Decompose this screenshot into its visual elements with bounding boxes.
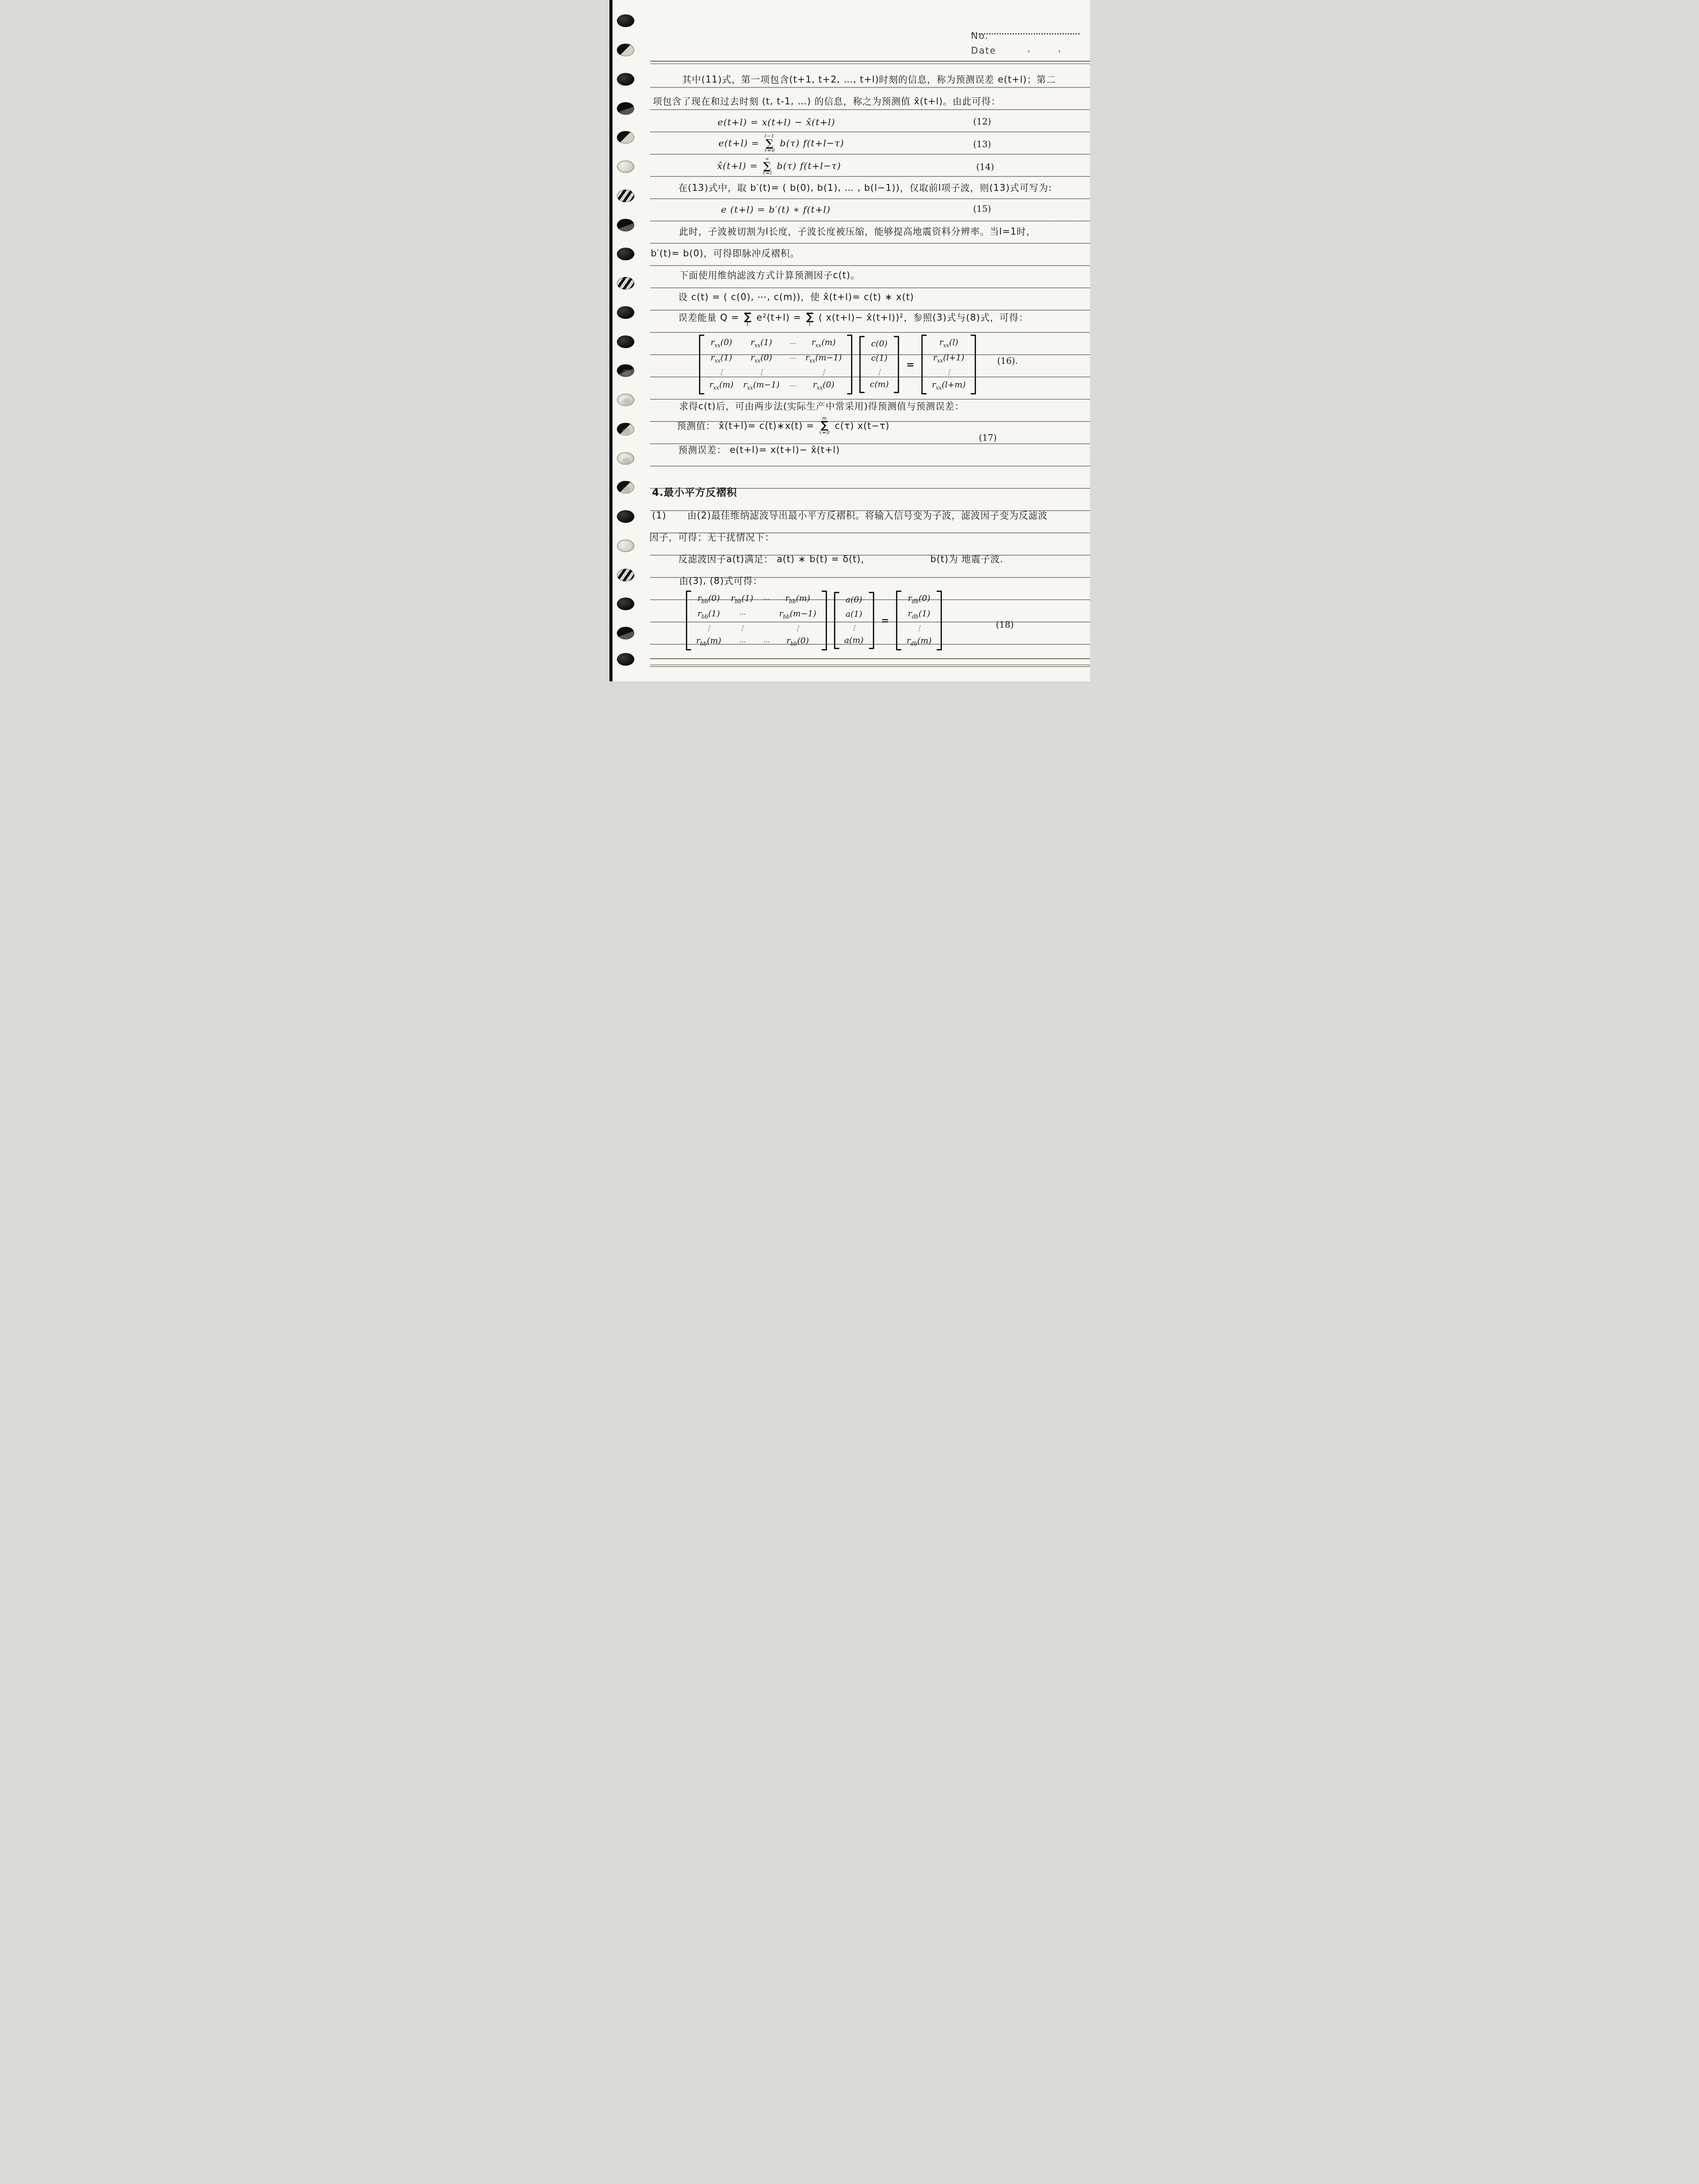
matrix-cell: rbb(1) <box>697 609 720 620</box>
paragraph-line: 项包含了现在和过去时刻 (t, t-1, …) 的信息，称之为预测值 x̂(t+… <box>653 94 1001 108</box>
matrix-cell: c(1) <box>871 353 888 364</box>
equation-17: 预测值： x̂(t+l)= c(t)∗x(t) = m∑τ=0 c(τ) x(t… <box>677 417 890 436</box>
matrix-cell: a(m) <box>844 636 864 646</box>
matrix-cell: ⋮ <box>820 368 827 377</box>
matrix-cell: rdb(m) <box>907 636 931 647</box>
equation-12-number: (12) <box>973 116 991 127</box>
margin-smudge <box>623 398 630 404</box>
matrix-cell: ⋮ <box>706 624 712 632</box>
paragraph-line: 预测误差： e(t+l)= x(t+l)− x̂(t+l) <box>678 443 840 457</box>
bracket-left <box>921 335 927 394</box>
matrix-cell: rxx(l+1) <box>933 353 965 364</box>
matrix-cell: ⋮ <box>916 624 922 632</box>
paragraph-line: 此时，子波被切割为l长度，子波长度被压缩，能够提高地震资料分辨率。当l=1时， <box>679 225 1036 238</box>
paragraph-line: (1)由(2)最佳维纳滤波导出最小平方反褶积。将输入信号变为子波，滤波因子变为反… <box>652 508 1048 522</box>
binding-hole-icon <box>617 569 634 581</box>
summation-symbol: m∑τ=0 <box>819 416 830 435</box>
no-dotted-line <box>971 33 1080 35</box>
bracket-left <box>686 591 691 650</box>
matrix-cell: a(0) <box>845 595 862 605</box>
ruled-line-bottom1 <box>650 658 1090 659</box>
matrix-cell: rbb(m) <box>785 594 810 605</box>
margin-smudge <box>623 458 630 464</box>
paragraph-line: b(t)为 地震子波. <box>931 552 1003 566</box>
summation-symbol: ∑t <box>744 308 752 327</box>
equation-16-matrix: rxx(0)rxx(1)⋯rxx(m)rxx(1)rxx(0)⋯rxx(m−1)… <box>699 335 976 394</box>
paragraph-line: 在(13)式中，取 b′(t)= ( b(0), b(1), … , b(l−1… <box>678 181 1052 195</box>
equation-15: e (t+l) = b′(t) ∗ f(t+l) <box>721 203 831 217</box>
paragraph-line: 求得c(t)后，可由两步法(实际生产中常采用)得预测值与预测误差： <box>679 399 965 413</box>
binding-hole-icon <box>617 653 634 666</box>
matrix-cell: ⋯ <box>739 610 745 619</box>
ruled-line-bottom2 <box>650 664 1090 665</box>
matrix-cell: rxx(0) <box>813 380 834 391</box>
matrix-cell: rbb(0) <box>786 636 809 647</box>
bracket-left <box>699 335 704 394</box>
matrix-cell: c(0) <box>871 339 888 349</box>
matrix-cell: ⋮ <box>739 624 745 632</box>
paragraph-line: b′(t)= b(0)，可得即脉冲反褶积。 <box>651 246 800 260</box>
margin-smudge <box>623 428 630 434</box>
matrix-cell: rxx(m−1) <box>743 380 780 391</box>
matrix-cell: rxx(l) <box>939 338 958 349</box>
equation-13-number: (13) <box>973 139 991 149</box>
matrix-cell: ⋯ <box>763 595 769 604</box>
date-separator-mark: ' <box>1028 49 1030 58</box>
date-separator-mark: ' <box>1059 49 1061 58</box>
matrix-cell: ⋯ <box>789 339 796 348</box>
paragraph-line: 其中(11)式，第一项包含(t+1, t+2, …, t+l)时刻的信息，称为预… <box>682 73 1056 86</box>
equation-12: e(t+l) = x(t+l) − x̂(t+l) <box>718 115 835 129</box>
margin-smudge <box>623 370 630 376</box>
binding-hole-icon <box>617 306 634 319</box>
binding-hole-icon <box>617 14 634 27</box>
matrix-cell: a(1) <box>845 609 862 620</box>
equation-18-number: (18) <box>996 619 1014 630</box>
paragraph-line: 设 c(t) = ( c(0), ⋯, c(m))，使 x̂(t+l)= c(t… <box>678 290 914 304</box>
matrix-cell: rbb(0) <box>697 594 720 605</box>
matrix-cell: ⋮ <box>945 368 952 377</box>
matrix: rdb(0)rdb(1)⋮rdb(m) <box>896 591 942 650</box>
matrix-cell: ⋮ <box>718 368 725 377</box>
binding-hole-icon <box>617 44 634 56</box>
matrix-cell: rbb(1) <box>731 594 753 605</box>
matrix-cell: ⋯ <box>789 382 796 390</box>
binding-hole-icon <box>617 131 634 144</box>
binding-hole-icon <box>617 510 634 523</box>
bracket-left <box>834 592 839 649</box>
matrix-cell: ⋮ <box>876 368 882 376</box>
bracket-right <box>937 591 942 650</box>
matrix-cell: rxx(1) <box>710 353 732 364</box>
matrix-cell: ⋯ <box>739 638 745 646</box>
matrix-cell: ⋮ <box>851 624 857 632</box>
binding-hole-icon <box>617 277 634 290</box>
matrix: c(0)c(1)⋮c(m) <box>859 336 899 393</box>
matrix-cell: rbb(m−1) <box>779 609 816 620</box>
equation-15-number: (15) <box>973 204 991 214</box>
equals-sign: = <box>881 615 889 626</box>
matrix-cell: rdb(0) <box>908 594 930 605</box>
binding-hole-icon <box>617 73 634 86</box>
scan-edge <box>609 0 612 681</box>
bracket-right <box>894 336 899 393</box>
binding-hole-icon <box>617 102 634 115</box>
summation-symbol: l−1∑τ=0 <box>764 134 775 153</box>
matrix: rxx(0)rxx(1)⋯rxx(m)rxx(1)rxx(0)⋯rxx(m−1)… <box>699 335 852 394</box>
equals-sign: = <box>906 359 914 370</box>
summation-symbol: ∑t <box>806 308 814 327</box>
matrix-cell: rxx(m) <box>811 338 835 349</box>
no-label: No. <box>971 31 989 41</box>
bracket-right <box>971 335 976 394</box>
equation-13: e(t+l) = l−1∑τ=0 b(τ) f(t+l−τ) <box>719 135 844 154</box>
equation-18-matrix: rbb(0)rbb(1)⋯rbb(m)rbb(1)⋯rbb(m−1)⋮⋮⋮rbb… <box>686 591 942 650</box>
summation-symbol: ∞∑τ=l <box>762 156 772 176</box>
bracket-left <box>859 336 865 393</box>
binding-hole-icon <box>617 160 634 173</box>
matrix-cell: rxx(l+m) <box>932 380 965 391</box>
binding-hole-icon <box>617 190 634 202</box>
section-heading: 4.最小平方反褶积 <box>652 486 737 500</box>
bracket-left <box>896 591 901 650</box>
paragraph-line: 反滤波因子a(t)满足： a(t) ∗ b(t) = δ(t)， <box>678 552 871 566</box>
binding-hole-icon <box>617 248 634 260</box>
binding-hole-icon <box>617 335 634 348</box>
matrix-cell: ⋮ <box>758 368 765 377</box>
matrix: rxx(l)rxx(l+1)⋮rxx(l+m) <box>921 335 976 394</box>
date-label: Date <box>971 45 997 56</box>
matrix-cell: rxx(0) <box>751 353 772 364</box>
bracket-right <box>822 591 827 650</box>
error-energy-line: 误差能量 Q = ∑t e²(t+l) = ∑t ( x(t+l)− x̂(t+… <box>678 308 1029 328</box>
list-marker: (1) <box>652 510 667 521</box>
binding-hole-icon <box>617 539 634 552</box>
binding-hole-icon <box>617 219 634 232</box>
margin-smudge <box>623 487 630 493</box>
matrix: rbb(0)rbb(1)⋯rbb(m)rbb(1)⋯rbb(m−1)⋮⋮⋮rbb… <box>686 591 827 650</box>
matrix-cell: rxx(m) <box>709 380 734 391</box>
equation-17-number: (17) <box>979 432 997 443</box>
ruled-line-top1 <box>650 61 1090 62</box>
matrix-cell: ⋯ <box>789 354 796 363</box>
binding-hole-icon <box>617 627 634 639</box>
binding-hole-icon <box>617 598 634 610</box>
equation-14-number: (14) <box>976 162 994 172</box>
matrix-cell: rdb(1) <box>908 609 930 620</box>
matrix-cell: ⋮ <box>794 624 801 632</box>
equation-16-number: (16). <box>997 356 1018 366</box>
bracket-right <box>869 592 874 649</box>
ruled-line-top2 <box>650 63 1090 64</box>
bracket-right <box>847 335 852 394</box>
matrix-cell: c(m) <box>870 380 889 390</box>
notebook-page: No. Date ' ' 其中(11)式，第一项包含(t+1, t+2, …, … <box>609 0 1090 681</box>
equation-14: x̂(t+l) = ∞∑τ=l b(τ) f(t+l−τ) <box>717 157 841 176</box>
matrix-cell: rxx(m−1) <box>805 353 842 364</box>
paragraph-line: 因子，可得；无干扰情况下： <box>650 530 775 544</box>
matrix-cell: rxx(1) <box>751 338 772 349</box>
paragraph-line: 下面使用维纳滤波方式计算预测因子c(t)。 <box>679 268 860 282</box>
paragraph-line: 由(3), (8)式可得： <box>679 574 763 588</box>
matrix-cell: rbb(m) <box>696 636 721 647</box>
matrix: a(0)a(1)⋮a(m) <box>834 592 874 649</box>
matrix-cell: rxx(0) <box>710 338 732 349</box>
matrix-cell: ⋯ <box>763 638 769 646</box>
